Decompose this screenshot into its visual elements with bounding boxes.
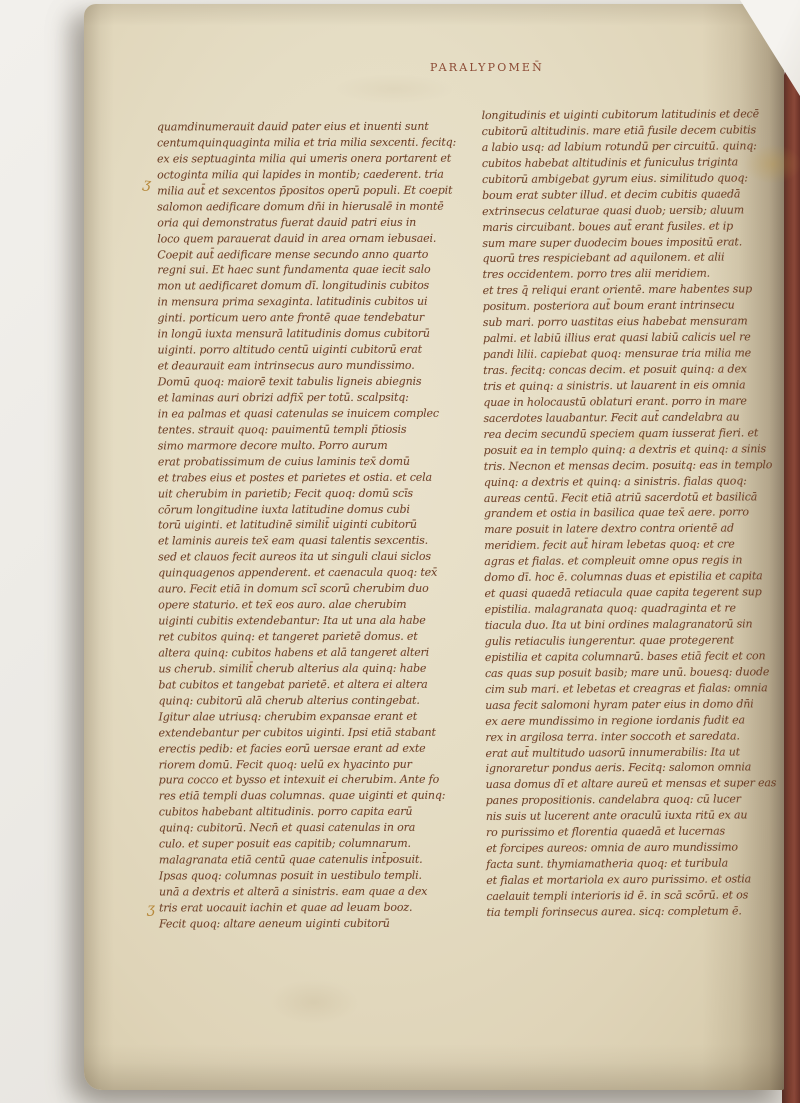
manuscript-text-line: quinq: cubitorū alā cherub alterius cont…: [158, 692, 470, 709]
manuscript-text-line: a labio usq: ad labium rotundū per circu…: [482, 138, 794, 156]
manuscript-text-line: tris erat uocauit iachin et quae ad leua…: [159, 900, 471, 917]
manuscript-text-line: bat cubitos et tangebat parietē. et alte…: [158, 676, 470, 693]
manuscript-text-line: cubitorū altitudinis. mare etiā fusile d…: [482, 122, 794, 140]
manuscript-text-line: et tres q̄ reliqui erant orientē. mare h…: [483, 281, 795, 299]
manuscript-text-line: regni sui. Et haec sunt fundamenta quae …: [157, 262, 469, 279]
manuscript-text-line: quamdinumerauit dauid pater eius et inue…: [157, 119, 469, 136]
manuscript-text-line: et forcipes aureos: omnia de auro mundis…: [486, 839, 798, 857]
manuscript-text-line: milia aut̄ et sexcentos p̄positos operū …: [157, 182, 469, 199]
manuscript-text-line: us cherub. similit̄ cherub alterius ala …: [158, 660, 470, 677]
manuscript-text-line: centumquinquaginta milia et tria milia s…: [157, 135, 469, 152]
manuscript-text-line: ex eis septuaginta milia qui umeris oner…: [157, 150, 469, 167]
manuscript-text-line: ret cubitos quinq: et tangeret parietē d…: [158, 629, 470, 646]
manuscript-text-line: altera quinq: cubitos habens et alā tang…: [158, 645, 470, 662]
manuscript-text-line: ignoraretur pondus aeris. Fecitq: salomo…: [486, 759, 798, 777]
manuscript-text-line: caelauit templi interioris id ē. in scā …: [486, 887, 798, 905]
manuscript-text-line: nis suis ut lucerent ante oraculū iuxta …: [486, 807, 798, 825]
manuscript-text-line: aureas centū. Fecit etiā atriū sacerdotū…: [484, 489, 796, 507]
manuscript-text-line: cim sub mari. et lebetas et creagras et …: [485, 680, 797, 698]
manuscript-text-line: longitudinis et uiginti cubitorum latitu…: [482, 106, 794, 124]
manuscript-text-line: tiacula duo. Ita ut bini ordines malagra…: [485, 616, 797, 634]
manuscript-text-line: culo. et super posuit eas capitib; colum…: [159, 836, 471, 853]
manuscript-text-line: gulis retiaculis iungerentur. quae prote…: [485, 632, 797, 650]
manuscript-text-line: uasa fecit salomoni hyram pater eius in …: [485, 696, 797, 714]
manuscript-text-line: mon ut aedificaret domum dī. longitudini…: [157, 278, 469, 295]
manuscript-text-line: malagranata etiā centū quae catenulis in…: [159, 852, 471, 869]
parchment-stain: [334, 74, 454, 104]
manuscript-text-line: extendebantur per cubitos uiginti. Ipsi …: [159, 724, 471, 741]
margin-mark-lower: ʒ: [147, 901, 155, 917]
manuscript-text-line: opere staturio. et tex̄ eos auro. alae c…: [158, 597, 470, 614]
manuscript-text-line: torū uiginti. et latitudinē similit̄ uig…: [158, 517, 470, 534]
manuscript-text-line: uiginti. porro altitudo centū uiginti cu…: [158, 342, 470, 359]
manuscript-text-line: auro. Fecit etiā in domum scī scorū cher…: [158, 581, 470, 598]
manuscript-text-line: cubitorū ambigebat gyrum eius. similitud…: [482, 170, 794, 188]
manuscript-text-line: quae in holocaustū oblaturi erant. porro…: [483, 393, 795, 411]
manuscript-text-line: ro purissimo et florentia quaedā et luce…: [486, 823, 798, 841]
page-left-shadow: [84, 4, 114, 1090]
manuscript-text-line: in longū iuxta mensurā latitudinis domus…: [157, 326, 469, 343]
parchment-stain: [269, 979, 359, 1025]
manuscript-text-line: sub mari. porro uastitas eius habebat me…: [483, 313, 795, 331]
manuscript-text-line: mare posuit in latere dextro contra orie…: [484, 520, 796, 538]
manuscript-text-line: posuit ea in templo quinq: a dextris et …: [484, 441, 796, 459]
manuscript-text-line: in ea palmas et quasi catenulas se inuic…: [158, 405, 470, 422]
manuscript-text-line: erat probatissimum de cuius laminis tex̄…: [158, 453, 470, 470]
manuscript-text-line: salomon aedificare domum dn̄i in hierusa…: [157, 198, 469, 215]
manuscript-text-line: res etiā templi duas columnas. quae uigi…: [159, 788, 471, 805]
manuscript-text-line: cōrum longitudine iuxta latitudine domus…: [158, 501, 470, 518]
manuscript-text-line: erat aut̄ multitudo uasorū innumerabilis…: [485, 744, 797, 762]
manuscript-text-line: quinquagenos appenderent. et caenacula q…: [158, 565, 470, 582]
manuscript-text-line: simo marmore decore multo. Porro aurum: [158, 437, 470, 454]
manuscript-text-line: tia templi forinsecus aurea. sicq: compl…: [486, 903, 798, 921]
manuscript-text-line: tras. fecitq: concas decim. et posuit qu…: [483, 361, 795, 379]
running-title: PARALYPOMEN̄: [430, 61, 544, 74]
manuscript-text-line: facta sunt. thymiamatheria quoq: et turi…: [486, 855, 798, 873]
manuscript-text-line: Igitur alae utriusq: cherubim expansae e…: [158, 708, 470, 725]
manuscript-text-line: positum. posteriora aut̄ boum erant intr…: [483, 297, 795, 315]
manuscript-text-line: et trabes eius et postes et parietes et …: [158, 469, 470, 486]
manuscript-text-line: pandi lilii. capiebat quoq: mensurae tri…: [483, 345, 795, 363]
manuscript-text-line: uit cherubim in parietib; Fecit quoq: do…: [158, 485, 470, 502]
manuscript-text-line: Ipsas quoq: columnas posuit in uestibulo…: [159, 868, 471, 885]
manuscript-text-line: quorū tres respiciebant ad aquilonem. et…: [482, 249, 794, 267]
manuscript-text-line: epistilia et capita columnarū. bases eti…: [485, 648, 797, 666]
manuscript-text-line: palmi. et labiū illius erat quasi labiū …: [483, 329, 795, 347]
manuscript-text-line: loco quem parauerat dauid in area ornam …: [157, 230, 469, 247]
manuscript-text-line: et laminis aureis tex̄ eam quasi talenti…: [158, 533, 470, 550]
text-column-left: quamdinumerauit dauid pater eius et inue…: [157, 119, 471, 933]
manuscript-text-line: agras et fialas. et compleuit omne opus …: [484, 552, 796, 570]
manuscript-text-line: ginti. porticum uero ante frontē quae te…: [157, 310, 469, 327]
manuscript-text-line: Coepit aut̄ aedificare mense secundo ann…: [157, 246, 469, 263]
manuscript-text-line: quinq: a dextris et quinq: a sinistris. …: [484, 473, 796, 491]
manuscript-text-line: tres occidentem. porro tres alii meridie…: [482, 265, 794, 283]
manuscript-text-line: tris et quinq: a sinistris. ut lauarent …: [483, 377, 795, 395]
page-bottom-shadow: [84, 1044, 784, 1090]
manuscript-text-line: domo dī. hoc ē. columnas duas et epistil…: [484, 568, 796, 586]
manuscript-text-line: tentes. strauit quoq: pauimentū templi p…: [158, 421, 470, 438]
manuscript-text-line: sum mare super duodecim boues impositū e…: [482, 234, 794, 252]
manuscript-text-line: sacerdotes lauabantur. Fecit aut̄ candel…: [483, 409, 795, 427]
manuscript-text-line: tris. Necnon et mensas decim. posuitq: e…: [484, 457, 796, 475]
manuscript-text-line: erectis pedib: et facies eorū uersae era…: [159, 740, 471, 757]
manuscript-text-line: Domū quoq: maiorē texit tabulis ligneis …: [158, 374, 470, 391]
manuscript-text-line: et laminas auri obrizi adfix̄ per totū. …: [158, 390, 470, 407]
manuscript-text-line: uiginti cubitis extendebantur: Ita ut un…: [158, 613, 470, 630]
manuscript-text-line: Fecit quoq: altare aeneum uiginti cubito…: [159, 915, 471, 932]
manuscript-photo: PARALYPOMEN̄ ʒ ʒ quamdinumerauit dauid p…: [0, 0, 800, 1103]
manuscript-text-line: oria qui demonstratus fuerat dauid patri…: [157, 214, 469, 231]
manuscript-text-line: cubitos habebat altitudinis et funiculus…: [482, 154, 794, 172]
manuscript-text-line: boum erat subter illud. et decim cubitis…: [482, 186, 794, 204]
manuscript-text-line: in mensura prima sexaginta. latitudinis …: [157, 294, 469, 311]
manuscript-text-line: riorem domū. Fecit quoq: uelū ex hyacint…: [159, 756, 471, 773]
manuscript-text-line: uasa domus dī et altare aureū et mensas …: [486, 775, 798, 793]
manuscript-text-line: et fialas et mortariola ex auro purissim…: [486, 871, 798, 889]
manuscript-text-line: pura cocco et bysso et intexuit ei cheru…: [159, 772, 471, 789]
manuscript-text-line: unā a dextris et alterā a sinistris. eam…: [159, 884, 471, 901]
manuscript-text-line: meridiem. fecit aut̄ hiram lebetas quoq:…: [484, 536, 796, 554]
manuscript-text-line: maris circuibant. boues aut̄ erant fusil…: [482, 218, 794, 236]
manuscript-text-line: rex in argilosa terra. inter soccoth et …: [485, 728, 797, 746]
manuscript-text-line: grandem et ostia in basilica quae tex̄ a…: [484, 504, 796, 522]
manuscript-text-line: rea decim secundū speciem quam iusserat …: [483, 425, 795, 443]
manuscript-text-line: panes propositionis. candelabra quoq: cū…: [486, 791, 798, 809]
manuscript-text-line: sed et clauos fecit aureos ita ut singul…: [158, 549, 470, 566]
manuscript-text-line: octoginta milia qui lapides in montib; c…: [157, 166, 469, 183]
manuscript-text-line: cubitos habebant altitudinis. porro capi…: [159, 804, 471, 821]
manuscript-text-line: extrinsecus celaturae quasi duob; uersib…: [482, 202, 794, 220]
text-column-right: longitudinis et uiginti cubitorum latitu…: [482, 106, 799, 921]
manuscript-text-line: quinq: cubitorū. Necn̄ et quasi catenula…: [159, 820, 471, 837]
manuscript-text-line: ex aere mundissimo in regione iordanis f…: [485, 712, 797, 730]
manuscript-text-line: et quasi quaedā retiacula quae capita te…: [484, 584, 796, 602]
manuscript-text-line: cas quas sup posuit basib; mare unū. bou…: [485, 664, 797, 682]
manuscript-text-line: et deaurauit eam intrinsecus auro mundis…: [158, 358, 470, 375]
manuscript-text-line: epistilia. malagranata quoq: quadraginta…: [485, 600, 797, 618]
page-top-shadow: [84, 4, 784, 26]
